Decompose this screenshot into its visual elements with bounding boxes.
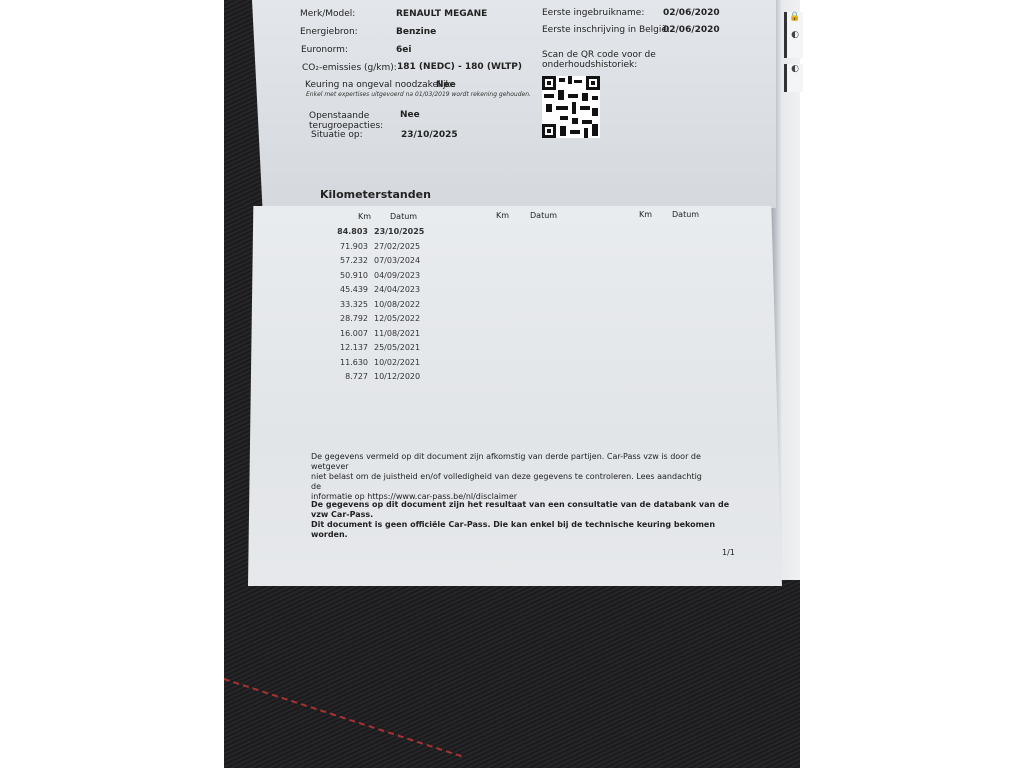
make-model-value: RENAULT MEGANE — [396, 9, 487, 19]
accident-inspection-label: Keuring na ongeval noodzakelijk: — [305, 80, 454, 90]
disclaimer-official: De gegevens op dit document zijn het res… — [311, 500, 731, 540]
km-value: 50.910 — [318, 271, 368, 280]
date-value: 10/08/2022 — [374, 300, 420, 309]
make-model-label: Merk/Model: — [300, 9, 355, 19]
km-value: 8.727 — [318, 372, 368, 381]
table-row: 71.90327/02/2025 — [318, 242, 438, 252]
situation-date: 23/10/2025 — [401, 130, 458, 140]
col-km-header-3: Km — [639, 210, 652, 219]
table-row: 8.72710/12/2020 — [318, 372, 438, 382]
disclaimer-line: De gegevens op dit document zijn het res… — [311, 500, 731, 520]
date-value: 27/02/2025 — [374, 242, 420, 251]
date-value: 07/03/2024 — [374, 256, 420, 265]
date-value: 10/02/2021 — [374, 358, 420, 367]
col-km-header: Km — [358, 212, 371, 221]
fuel-label: Energiebron: — [300, 27, 358, 37]
km-value: 84.803 — [318, 227, 368, 236]
euronorm-label: Euronorm: — [301, 45, 348, 55]
table-row: 45.43924/04/2023 — [318, 285, 438, 295]
disclaimer-line: Dit document is geen officiële Car-Pass.… — [311, 520, 731, 540]
km-value: 11.630 — [318, 358, 368, 367]
km-value: 57.232 — [318, 256, 368, 265]
accident-note: Enkel met expertises uitgevoerd na 01/03… — [306, 91, 531, 98]
table-row: 33.32510/08/2022 — [318, 300, 438, 310]
date-value: 11/08/2021 — [374, 329, 420, 338]
km-value: 45.439 — [318, 285, 368, 294]
date-value: 25/05/2021 — [374, 343, 420, 352]
table-row: 28.79212/05/2022 — [318, 314, 438, 324]
situation-label: Situatie op: — [311, 130, 363, 140]
seat-stitching — [224, 678, 462, 757]
fuel-value: Benzine — [396, 27, 436, 37]
disclaimer-line: De gegevens vermeld op dit document zijn… — [311, 452, 711, 472]
date-value: 10/12/2020 — [374, 372, 420, 381]
km-value: 33.325 — [318, 300, 368, 309]
qr-caption-2: onderhoudshistoriek: — [542, 60, 637, 70]
col-date-header-2: Datum — [530, 211, 557, 220]
table-row: 50.91004/09/2023 — [318, 271, 438, 281]
table-row: 84.80323/10/2025 — [318, 227, 438, 237]
first-use-label: Eerste ingebruikname: — [542, 8, 644, 18]
disclaimer-third-party: De gegevens vermeld op dit document zijn… — [311, 452, 711, 502]
first-use-value: 02/06/2020 — [663, 8, 720, 18]
co2-value: 181 (NEDC) - 180 (WLTP) — [397, 62, 522, 72]
first-registration-value: 02/06/2020 — [663, 25, 720, 35]
table-row: 12.13725/05/2021 — [318, 343, 438, 353]
col-date-header-3: Datum — [672, 210, 699, 219]
date-value: 04/09/2023 — [374, 271, 420, 280]
first-registration-label: Eerste inschrijving in België: — [542, 25, 670, 35]
table-row: 16.00711/08/2021 — [318, 329, 438, 339]
table-row: 57.23207/03/2024 — [318, 256, 438, 266]
date-value: 24/04/2023 — [374, 285, 420, 294]
co2-label: CO₂-emissies (g/km): — [302, 63, 397, 73]
page-number: 1/1 — [722, 548, 735, 557]
recalls-value: Nee — [400, 110, 420, 120]
km-value: 71.903 — [318, 242, 368, 251]
km-value: 12.137 — [318, 343, 368, 352]
qr-code-icon[interactable] — [542, 76, 600, 138]
col-km-header-2: Km — [496, 211, 509, 220]
qr-caption: Scan de QR code voor de — [542, 50, 656, 60]
table-row: 11.63010/02/2021 — [318, 358, 438, 368]
mileage-title: Kilometerstanden — [320, 188, 431, 201]
col-date-header: Datum — [390, 212, 417, 221]
date-value: 12/05/2022 — [374, 314, 420, 323]
date-value: 23/10/2025 — [374, 227, 424, 236]
km-value: 16.007 — [318, 329, 368, 338]
side-tab-icon: ◐ — [784, 64, 803, 92]
km-value: 28.792 — [318, 314, 368, 323]
disclaimer-line: niet belast om de juistheid en/of volled… — [311, 472, 711, 492]
accident-inspection-value: Nee — [436, 80, 456, 90]
euronorm-value: 6ei — [396, 45, 411, 55]
recalls-label: Openstaande — [309, 111, 369, 121]
side-tab-icon: ◐ — [784, 30, 803, 58]
